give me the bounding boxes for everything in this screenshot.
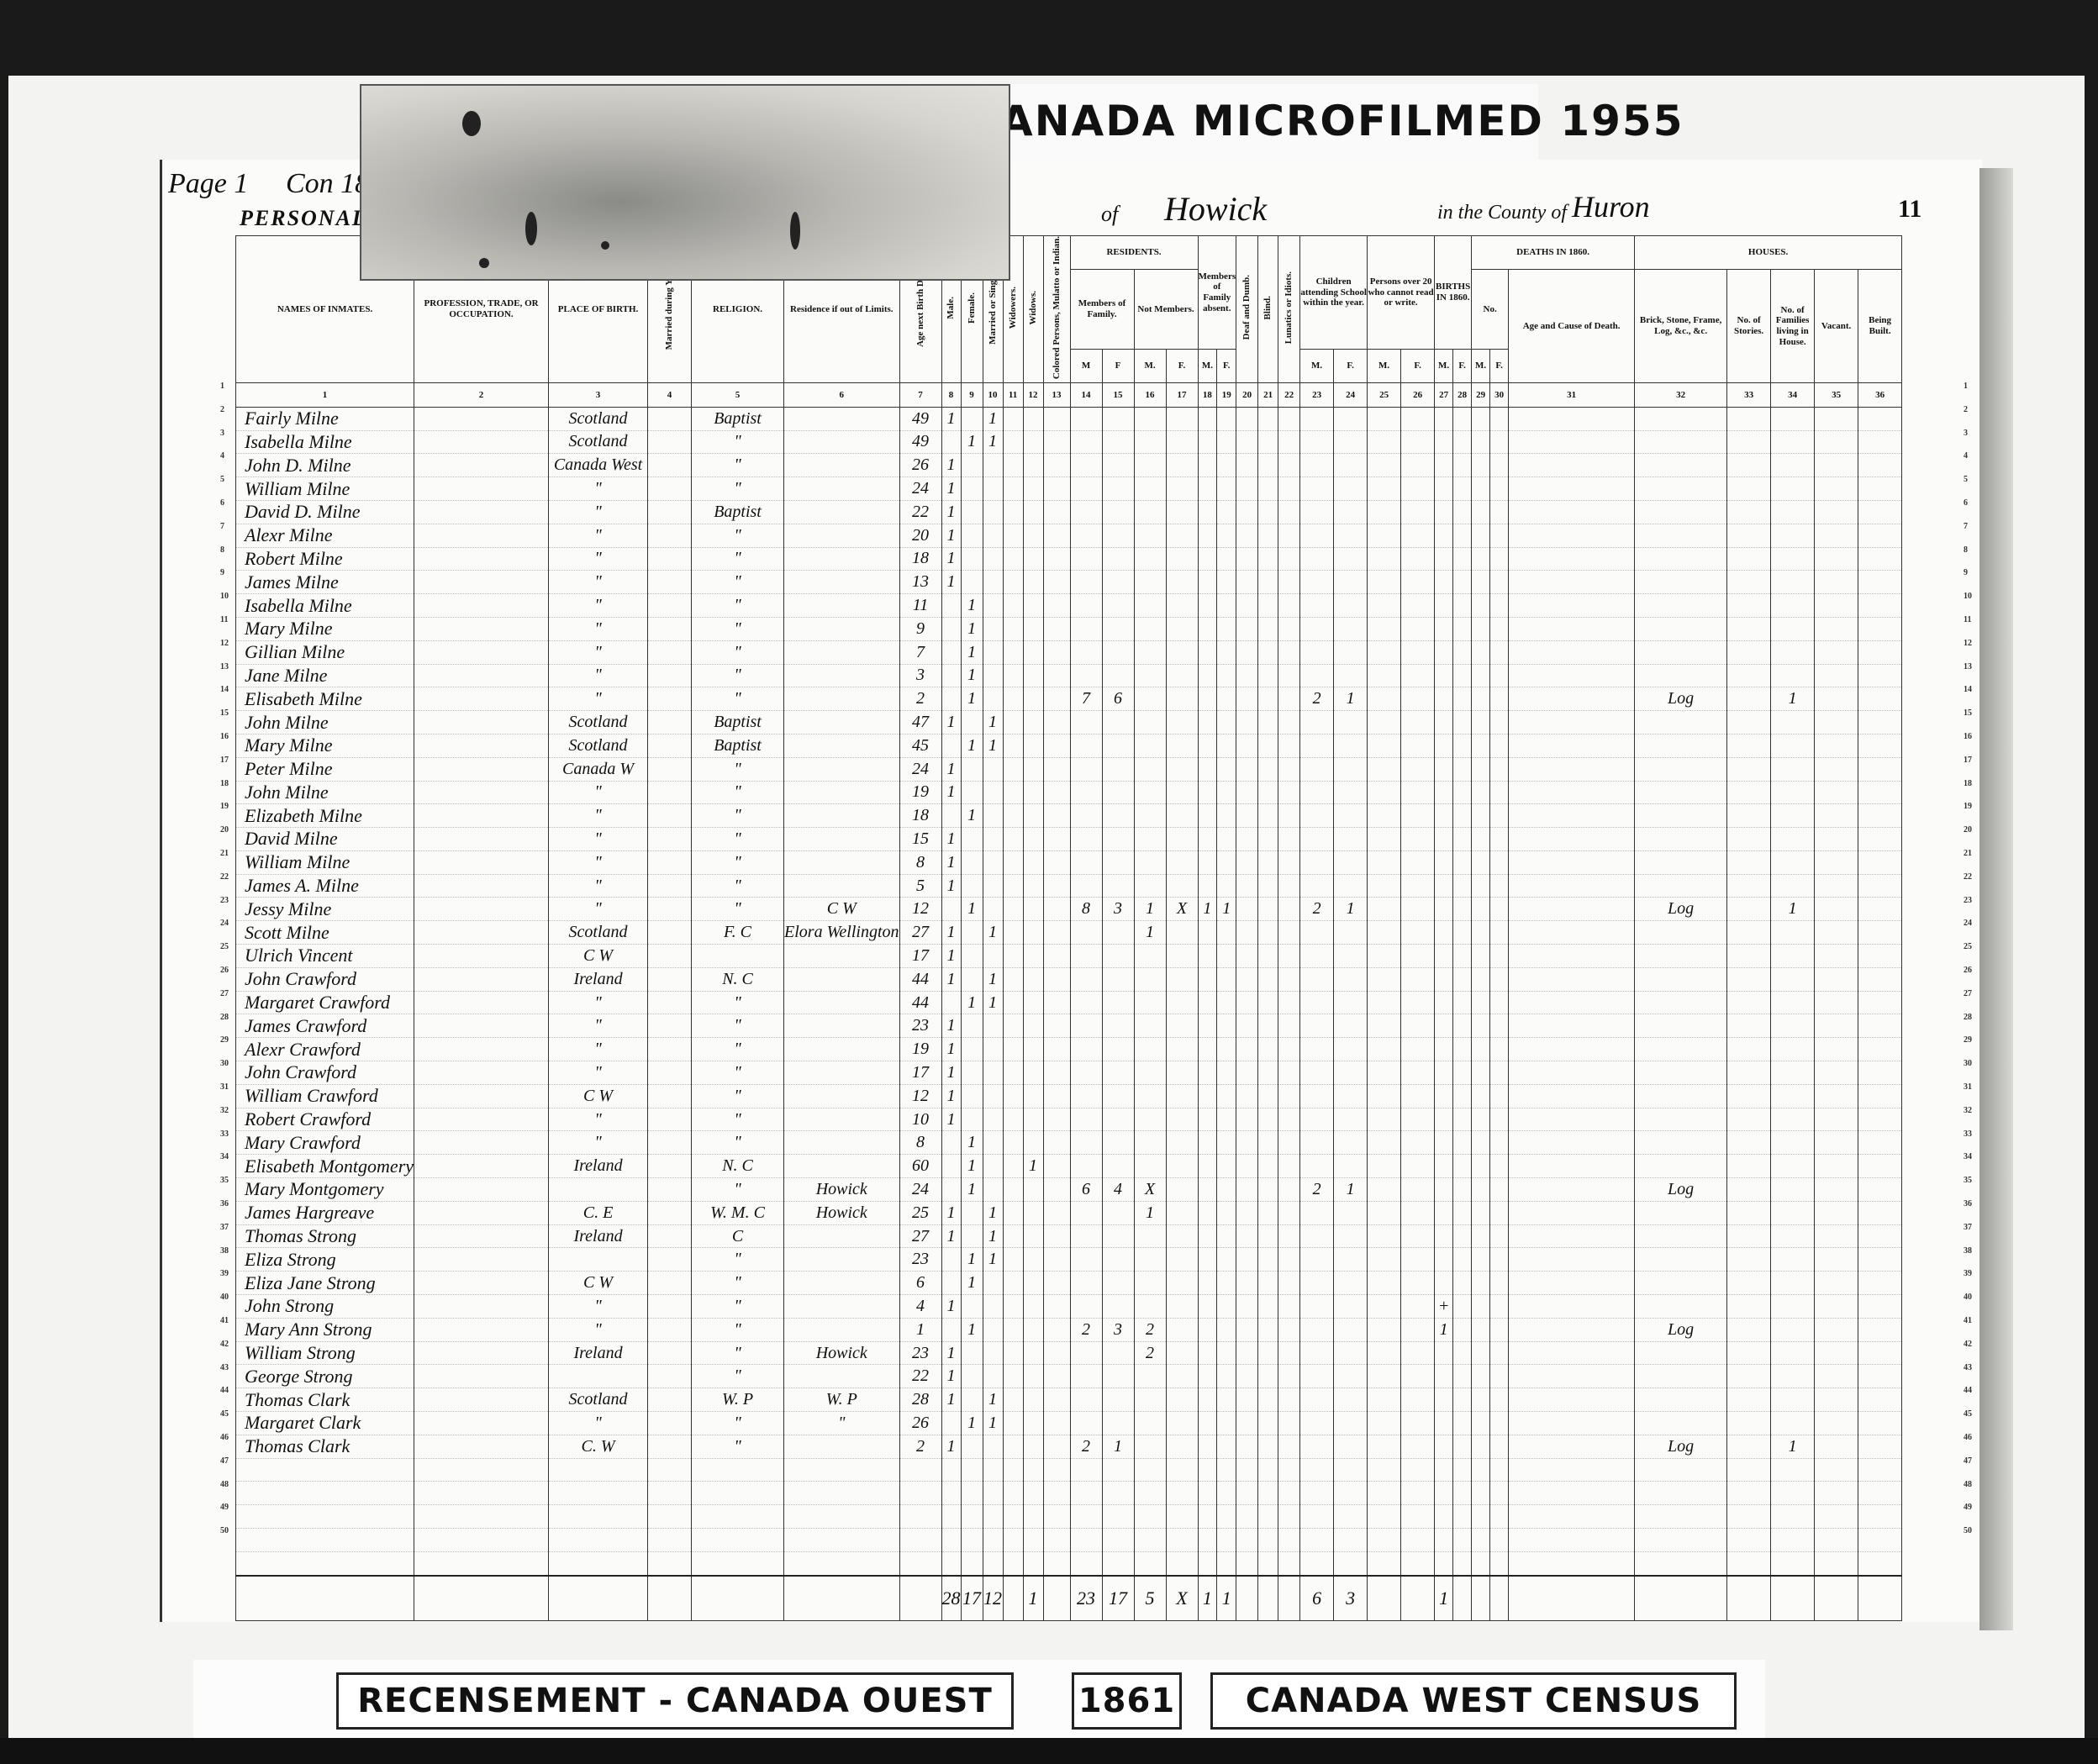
cell-col-10	[983, 828, 1003, 851]
cell-col-32	[1635, 1272, 1727, 1295]
cell-col-18	[1198, 781, 1217, 804]
cell-col-28	[1453, 687, 1472, 711]
cell-col-13	[1043, 454, 1070, 477]
cell-col-24	[1334, 804, 1368, 828]
cell-col-35	[1815, 687, 1858, 711]
cell-col-32	[1635, 1108, 1727, 1131]
total-col-5	[692, 1576, 784, 1621]
cell-col-12	[1023, 1505, 1043, 1529]
cell-col-7: 60	[899, 1155, 941, 1178]
cell-col-28	[1453, 1482, 1472, 1505]
cell-col-25	[1368, 1341, 1401, 1365]
cell-col-11	[1003, 1318, 1023, 1341]
cell-col-8: 1	[941, 850, 961, 874]
cell-col-12	[1023, 1084, 1043, 1108]
cell-col-35	[1815, 781, 1858, 804]
cell-col-28	[1453, 1341, 1472, 1365]
cell-col-11	[1003, 430, 1023, 454]
cell-col-10	[983, 687, 1003, 711]
cell-col-15	[1102, 734, 1134, 757]
cell-col-14	[1070, 1458, 1102, 1482]
cell-col-22	[1278, 1248, 1300, 1272]
cell-col-14	[1070, 828, 1102, 851]
cell-col-33	[1727, 1131, 1771, 1155]
cell-col-36	[1858, 945, 1902, 968]
cell-col-25	[1368, 1248, 1401, 1272]
cell-col-2	[414, 1295, 549, 1319]
cell-col-23	[1300, 1201, 1334, 1224]
cell-col-19	[1217, 1108, 1236, 1131]
cell-col-25	[1368, 477, 1401, 501]
cell-col-15	[1102, 1014, 1134, 1038]
line-number-left: 21	[220, 849, 229, 858]
cell-col-22	[1278, 1318, 1300, 1341]
cell-col-28	[1453, 828, 1472, 851]
cell-col-22	[1278, 1108, 1300, 1131]
cell-col-13	[1043, 945, 1070, 968]
cell-col-33	[1727, 1272, 1771, 1295]
cell-col-4	[648, 1038, 692, 1061]
census-row: John Milne""191	[236, 781, 1902, 804]
total-col-25	[1368, 1576, 1401, 1621]
cell-col-32	[1635, 594, 1727, 618]
cell-col-23	[1300, 781, 1334, 804]
cell-col-36	[1858, 687, 1902, 711]
cell-col-29	[1472, 1505, 1490, 1529]
cell-col-12	[1023, 640, 1043, 664]
cell-col-19	[1217, 1084, 1236, 1108]
cell-col-30	[1490, 1084, 1509, 1108]
cell-col-10	[983, 547, 1003, 571]
cell-col-21	[1258, 781, 1278, 804]
cell-col-28	[1453, 921, 1472, 945]
cell-col-26	[1401, 664, 1435, 687]
cell-col-30	[1490, 1155, 1509, 1178]
cell-col-25	[1368, 454, 1401, 477]
cell-col-3: C. W	[549, 1435, 648, 1458]
cell-col-34: 1	[1771, 687, 1815, 711]
cell-col-12	[1023, 1295, 1043, 1319]
cell-col-4	[648, 1061, 692, 1085]
cell-col-14	[1070, 547, 1102, 571]
cell-col-20	[1236, 711, 1258, 735]
census-row: Alexr Crawford""191	[236, 1038, 1902, 1061]
cell-col-32	[1635, 1038, 1727, 1061]
cell-col-25	[1368, 1224, 1401, 1248]
cell-col-34	[1771, 1551, 1815, 1575]
cell-col-28	[1453, 1365, 1472, 1388]
cell-col-36	[1858, 1108, 1902, 1131]
cell-col-36	[1858, 828, 1902, 851]
total-col-7	[899, 1576, 941, 1621]
total-col-35	[1815, 1576, 1858, 1621]
cell-col-14	[1070, 430, 1102, 454]
cell-col-30	[1490, 1435, 1509, 1458]
cell-col-18	[1198, 500, 1217, 524]
cell-col-7: 47	[899, 711, 941, 735]
cell-col-9	[961, 874, 983, 898]
cell-col-4	[648, 1084, 692, 1108]
cell-col-18	[1198, 664, 1217, 687]
cell-col-20	[1236, 1318, 1258, 1341]
cell-col-29	[1472, 1529, 1490, 1552]
cell-col-35	[1815, 594, 1858, 618]
cell-col-27	[1435, 874, 1453, 898]
cell-col-35	[1815, 1248, 1858, 1272]
cell-col-27	[1435, 1458, 1453, 1482]
cell-col-33	[1727, 1551, 1771, 1575]
cell-col-5: "	[692, 804, 784, 828]
cell-col-36	[1858, 1551, 1902, 1575]
cell-col-27	[1435, 781, 1453, 804]
line-number-right: 16	[1964, 732, 1972, 741]
cell-col-8	[941, 1131, 961, 1155]
cell-col-33	[1727, 454, 1771, 477]
cell-col-18	[1198, 757, 1217, 781]
cell-col-8	[941, 1412, 961, 1435]
cell-col-27	[1435, 1529, 1453, 1552]
line-number-left: 45	[220, 1409, 229, 1419]
cell-col-17	[1166, 1108, 1198, 1131]
cell-col-36	[1858, 1295, 1902, 1319]
census-row	[236, 1551, 1902, 1575]
line-number-right: 19	[1964, 802, 1972, 811]
cell-col-30	[1490, 898, 1509, 921]
cell-col-20	[1236, 407, 1258, 430]
cell-col-29	[1472, 1388, 1490, 1412]
col-header-blind: Blind.	[1258, 236, 1278, 383]
cell-col-10	[983, 1365, 1003, 1388]
column-number: 31	[1509, 382, 1635, 407]
cell-col-12	[1023, 1108, 1043, 1131]
cell-col-23	[1300, 1412, 1334, 1435]
cell-col-23	[1300, 1318, 1334, 1341]
cell-col-22	[1278, 945, 1300, 968]
cell-col-28	[1453, 757, 1472, 781]
cell-col-13	[1043, 1435, 1070, 1458]
cell-col-20	[1236, 1178, 1258, 1202]
cell-col-20	[1236, 850, 1258, 874]
cell-col-31	[1509, 407, 1635, 430]
cell-col-18	[1198, 1014, 1217, 1038]
cell-col-16	[1134, 664, 1166, 687]
cell-col-8: 1	[941, 1341, 961, 1365]
cell-col-3: Scotland	[549, 734, 648, 757]
column-number: 26	[1401, 382, 1435, 407]
cell-col-33	[1727, 945, 1771, 968]
line-number-left: 50	[220, 1526, 229, 1535]
cell-col-15: 4	[1102, 1178, 1134, 1202]
cell-col-22	[1278, 1505, 1300, 1529]
cell-col-11	[1003, 617, 1023, 640]
cell-col-6	[784, 1529, 899, 1552]
cell-col-22	[1278, 547, 1300, 571]
cell-col-2	[414, 828, 549, 851]
col-header-illit-m: M.	[1368, 349, 1401, 382]
col-header-vacant: Vacant.	[1815, 270, 1858, 383]
cell-col-10: 1	[983, 1388, 1003, 1412]
cell-col-32	[1635, 1551, 1727, 1575]
cell-col-17	[1166, 1482, 1198, 1505]
cell-col-14	[1070, 734, 1102, 757]
cell-col-8: 1	[941, 828, 961, 851]
cell-col-26	[1401, 1061, 1435, 1085]
cell-col-7	[899, 1529, 941, 1552]
cell-col-24	[1334, 524, 1368, 547]
cell-col-7	[899, 1482, 941, 1505]
cell-col-2	[414, 407, 549, 430]
cell-col-32	[1635, 1505, 1727, 1529]
cell-col-23	[1300, 1272, 1334, 1295]
cell-col-22	[1278, 407, 1300, 430]
inmate-name: David D. Milne	[236, 500, 414, 524]
cell-col-17	[1166, 967, 1198, 991]
cell-col-18	[1198, 1341, 1217, 1365]
cell-col-14	[1070, 1505, 1102, 1529]
line-number-left: 39	[220, 1269, 229, 1278]
cell-col-27	[1435, 945, 1453, 968]
cell-col-17	[1166, 874, 1198, 898]
cell-col-11	[1003, 1295, 1023, 1319]
cell-col-34	[1771, 1318, 1815, 1341]
cell-col-36	[1858, 430, 1902, 454]
cell-col-29	[1472, 945, 1490, 968]
cell-col-2	[414, 500, 549, 524]
column-number: 4	[648, 382, 692, 407]
cell-col-16	[1134, 407, 1166, 430]
cell-col-12	[1023, 1038, 1043, 1061]
cell-col-17	[1166, 828, 1198, 851]
cell-col-14: 2	[1070, 1435, 1102, 1458]
cell-col-18	[1198, 430, 1217, 454]
cell-col-36	[1858, 898, 1902, 921]
cell-col-35	[1815, 828, 1858, 851]
cell-col-26	[1401, 477, 1435, 501]
cell-col-7: 4	[899, 1295, 941, 1319]
cell-col-12	[1023, 711, 1043, 735]
cell-col-4	[648, 711, 692, 735]
cell-col-15	[1102, 1038, 1134, 1061]
cell-col-30	[1490, 921, 1509, 945]
cell-col-2	[414, 781, 549, 804]
cell-col-23	[1300, 1341, 1334, 1365]
cell-col-36	[1858, 1529, 1902, 1552]
cell-col-30	[1490, 1038, 1509, 1061]
cell-col-30	[1490, 1341, 1509, 1365]
cell-col-6: Elora Wellington	[784, 921, 899, 945]
cell-col-35	[1815, 945, 1858, 968]
cell-col-5: "	[692, 640, 784, 664]
cell-col-31	[1509, 898, 1635, 921]
cell-col-32	[1635, 640, 1727, 664]
cell-col-31	[1509, 500, 1635, 524]
cell-col-17	[1166, 1435, 1198, 1458]
cell-col-11	[1003, 1482, 1023, 1505]
column-number: 19	[1217, 382, 1236, 407]
census-row: William CrawfordC W"121	[236, 1084, 1902, 1108]
cell-col-33	[1727, 1061, 1771, 1085]
cell-col-36	[1858, 1341, 1902, 1365]
cell-col-28	[1453, 1505, 1472, 1529]
cell-col-20	[1236, 524, 1258, 547]
cell-col-8: 1	[941, 1084, 961, 1108]
cell-col-35	[1815, 1272, 1858, 1295]
cell-col-3: "	[549, 547, 648, 571]
cell-col-31	[1509, 1084, 1635, 1108]
cell-col-26	[1401, 804, 1435, 828]
cell-col-34	[1771, 407, 1815, 430]
cell-col-22	[1278, 1529, 1300, 1552]
cell-col-14	[1070, 804, 1102, 828]
cell-col-22	[1278, 1482, 1300, 1505]
cell-col-7: 20	[899, 524, 941, 547]
cell-col-5: "	[692, 1061, 784, 1085]
cell-col-29	[1472, 1412, 1490, 1435]
cell-col-8: 1	[941, 921, 961, 945]
cell-col-20	[1236, 1108, 1258, 1131]
cell-col-25	[1368, 664, 1401, 687]
column-number: 20	[1236, 382, 1258, 407]
cell-col-15	[1102, 1108, 1134, 1131]
cell-col-15	[1102, 500, 1134, 524]
cell-col-32: Log	[1635, 687, 1727, 711]
cell-col-29	[1472, 1435, 1490, 1458]
cell-col-18	[1198, 711, 1217, 735]
cell-col-30	[1490, 1272, 1509, 1295]
cell-col-21	[1258, 1248, 1278, 1272]
cell-col-30	[1490, 1248, 1509, 1272]
cell-col-17	[1166, 1248, 1198, 1272]
total-col-33	[1727, 1576, 1771, 1621]
cell-col-16	[1134, 1108, 1166, 1131]
cell-col-2	[414, 1061, 549, 1085]
census-row: Mary Ann Strong""112321Log	[236, 1318, 1902, 1341]
cell-col-17	[1166, 1224, 1198, 1248]
line-number-left: 4	[220, 451, 224, 461]
cell-col-7: 11	[899, 594, 941, 618]
cell-col-31	[1509, 687, 1635, 711]
inmate-name: Peter Milne	[236, 757, 414, 781]
cell-col-15	[1102, 1388, 1134, 1412]
cell-col-33	[1727, 1224, 1771, 1248]
cell-col-8: 1	[941, 757, 961, 781]
cell-col-28	[1453, 1272, 1472, 1295]
census-row: Eliza Strong"2311	[236, 1248, 1902, 1272]
cell-col-3: Ireland	[549, 1224, 648, 1248]
cell-col-20	[1236, 1014, 1258, 1038]
cell-col-14	[1070, 1084, 1102, 1108]
cell-col-20	[1236, 1295, 1258, 1319]
cell-col-21	[1258, 1295, 1278, 1319]
cell-col-4	[648, 594, 692, 618]
cell-col-30	[1490, 640, 1509, 664]
cell-col-29	[1472, 781, 1490, 804]
cell-col-18	[1198, 734, 1217, 757]
line-number-right: 46	[1964, 1433, 1972, 1442]
cell-col-19	[1217, 594, 1236, 618]
cell-col-16	[1134, 477, 1166, 501]
cell-col-31	[1509, 734, 1635, 757]
cell-col-27	[1435, 1272, 1453, 1295]
cell-col-19	[1217, 547, 1236, 571]
cell-col-34	[1771, 1505, 1815, 1529]
cell-col-9	[961, 547, 983, 571]
cell-col-35	[1815, 874, 1858, 898]
cell-col-3: "	[549, 991, 648, 1014]
cell-col-6	[784, 500, 899, 524]
cell-col-29	[1472, 1318, 1490, 1341]
cell-col-31	[1509, 1131, 1635, 1155]
cell-col-5: F. C	[692, 921, 784, 945]
cell-col-10	[983, 1505, 1003, 1529]
cell-col-7: 19	[899, 1038, 941, 1061]
cell-col-25	[1368, 687, 1401, 711]
cell-col-2	[414, 874, 549, 898]
cell-col-12	[1023, 1435, 1043, 1458]
cell-col-29	[1472, 757, 1490, 781]
cell-col-34	[1771, 1061, 1815, 1085]
inmate-name: James A. Milne	[236, 874, 414, 898]
cell-col-32	[1635, 1248, 1727, 1272]
cell-col-12	[1023, 1131, 1043, 1155]
cell-col-12	[1023, 804, 1043, 828]
cell-col-26	[1401, 1248, 1435, 1272]
cell-col-15	[1102, 945, 1134, 968]
cell-col-11	[1003, 1248, 1023, 1272]
cell-col-25	[1368, 640, 1401, 664]
inmate-name: James Milne	[236, 571, 414, 594]
cell-col-11	[1003, 500, 1023, 524]
cell-col-34	[1771, 967, 1815, 991]
cell-col-14	[1070, 1014, 1102, 1038]
cell-col-17	[1166, 1505, 1198, 1529]
census-row: William Milne""241	[236, 477, 1902, 501]
cell-col-27	[1435, 898, 1453, 921]
cell-col-29	[1472, 1084, 1490, 1108]
cell-col-27	[1435, 1341, 1453, 1365]
column-number: 35	[1815, 382, 1858, 407]
line-number-right: 22	[1964, 872, 1972, 882]
cell-col-2	[414, 477, 549, 501]
cell-col-25	[1368, 1458, 1401, 1482]
cell-col-17	[1166, 921, 1198, 945]
column-number: 12	[1023, 382, 1043, 407]
cell-col-32	[1635, 828, 1727, 851]
cell-col-24	[1334, 454, 1368, 477]
cell-col-27	[1435, 407, 1453, 430]
cell-col-27	[1435, 1412, 1453, 1435]
cell-col-29	[1472, 1551, 1490, 1575]
cell-col-15: 6	[1102, 687, 1134, 711]
cell-col-33	[1727, 1248, 1771, 1272]
total-col-18: 1	[1198, 1576, 1217, 1621]
cell-col-3: "	[549, 804, 648, 828]
cell-col-7: 7	[899, 640, 941, 664]
cell-col-19	[1217, 664, 1236, 687]
cell-col-15	[1102, 407, 1134, 430]
cell-col-12	[1023, 524, 1043, 547]
cell-col-9	[961, 757, 983, 781]
cell-col-16	[1134, 430, 1166, 454]
cell-col-34	[1771, 1038, 1815, 1061]
cell-col-7: 22	[899, 500, 941, 524]
cell-col-36	[1858, 1505, 1902, 1529]
cell-col-5: "	[692, 477, 784, 501]
cell-col-12	[1023, 1248, 1043, 1272]
cell-col-11	[1003, 477, 1023, 501]
cell-col-30	[1490, 524, 1509, 547]
cell-col-5: "	[692, 1131, 784, 1155]
